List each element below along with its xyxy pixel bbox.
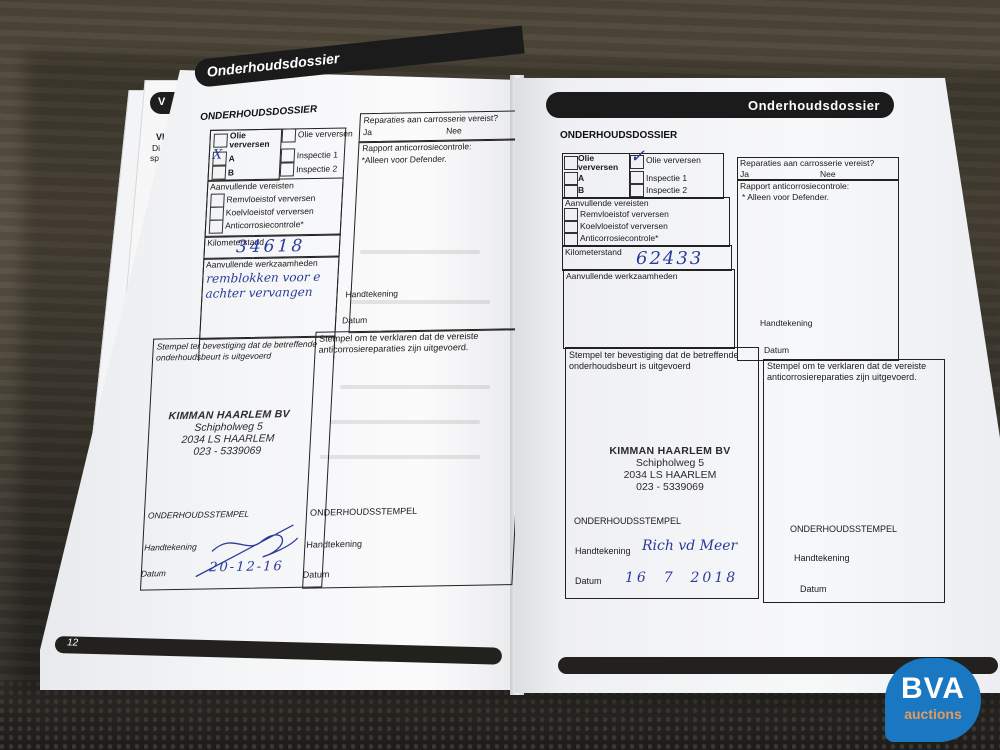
left-signature-label: Handtekening (144, 542, 197, 553)
right-repairs-stamp-box (763, 359, 945, 603)
right-defender-note: * Alleen voor Defender. (742, 192, 829, 202)
right-anticorrosion-label: Anticorrosiecontrole* (580, 233, 658, 243)
left-defender-note: *Alleen voor Defender. (361, 154, 447, 165)
left-inspection-2-label: Inspectie 2 (296, 164, 338, 175)
left-repairs-date-label: Datum (342, 315, 368, 325)
left-oil-col-header: Olie verversen (229, 131, 270, 150)
left-extra-work-handwriting-2: achter vervangen (205, 285, 313, 301)
left-service-stamp-label: ONDERHOUDSSTEMPEL (148, 509, 250, 521)
right-extra-work-box (563, 269, 735, 349)
right-repairs-no[interactable]: Nee (820, 169, 836, 179)
page-number: 12 (67, 637, 78, 648)
left-odometer-value: 34618 (235, 236, 305, 257)
left-repairs-service-stamp-label: ONDERHOUDSSTEMPEL (310, 506, 418, 518)
logo-brand: BVA (885, 672, 981, 706)
right-repairs-date-label-2: Datum (800, 584, 827, 594)
right-oil-row-b: B (578, 185, 584, 195)
right-oil-row-a: A (578, 173, 584, 183)
left-oil-b-checkbox[interactable] (212, 166, 227, 180)
right-olie-verversen-label: Olie verversen (646, 155, 701, 165)
right-repairs-date-label: Datum (764, 345, 789, 355)
right-extra-requirements-label: Aanvullende vereisten (565, 198, 649, 208)
left-repairs-stamp-box (302, 328, 526, 589)
left-dealer-stamp: KIMMAN HAARLEM BV Schipholweg 5 2034 LS … (147, 408, 310, 459)
left-extra-work-handwriting-1: remblokken voor e (206, 270, 321, 286)
dealer-city: 2034 LS HAARLEM (585, 469, 755, 481)
left-repairs-signature-label-2: Handtekening (306, 539, 362, 550)
left-extra-work-label: Aanvullende werkzaamheden (206, 258, 318, 270)
right-olie-verversen-check-mark: ✓ (630, 146, 645, 167)
logo-subtitle: auctions (885, 706, 981, 722)
left-oil-row-b: B (228, 167, 235, 177)
left-date-value: 20-12-16 (209, 559, 284, 575)
left-repairs-no[interactable]: Nee (446, 125, 462, 135)
left-corrosion-report-box (349, 138, 536, 333)
right-brake-fluid-label: Remvloeistof verversen (580, 209, 669, 219)
left-coolant-label: Koelvloeistof verversen (226, 206, 315, 218)
left-repairs-date-label-2: Datum (303, 569, 330, 579)
right-dealer-stamp: KIMMAN HAARLEM BV Schipholweg 5 2034 LS … (585, 445, 755, 493)
right-inspection-2-label: Inspectie 2 (646, 185, 687, 195)
right-signature-value: Rich vd Meer (642, 538, 737, 554)
left-inspection-1-label: Inspectie 1 (297, 150, 339, 161)
right-stamp-confirm-label: Stempel ter bevestiging dat de betreffen… (569, 350, 749, 372)
right-repairs-stamp-label: Stempel om te verklaren dat de vereiste … (767, 361, 939, 383)
right-repairs-yes[interactable]: Ja (740, 169, 749, 179)
left-repairs-stamp-label: Stempel om te verklaren dat de vereiste … (318, 330, 519, 355)
left-inspection-2-checkbox[interactable] (280, 162, 295, 176)
dealer-name: KIMMAN HAARLEM BV (585, 445, 755, 457)
right-page-header-title: Onderhoudsdossier (748, 98, 880, 113)
bva-auctions-logo: BVA auctions (885, 658, 981, 742)
left-date-label: Datum (141, 568, 167, 578)
right-oil-col-header: Olie verversen (578, 154, 618, 172)
right-oil-b-checkbox[interactable] (564, 184, 578, 198)
left-olie-verversen-label: Olie verversen (298, 128, 353, 139)
left-stamp-confirm-label: Stempel ter bevestiging dat de betreffen… (156, 339, 327, 364)
right-repairs-service-stamp-label: ONDERHOUDSSTEMPEL (790, 524, 897, 534)
left-olie-verversen-checkbox[interactable] (282, 128, 297, 142)
left-repairs-signature-label: Handtekening (345, 288, 398, 299)
left-anticorrosion-label: Anticorrosiecontrole* (225, 219, 304, 230)
left-anticorrosion-checkbox[interactable] (209, 220, 224, 234)
right-date-label: Datum (575, 576, 602, 586)
right-oil-checkbox[interactable] (564, 156, 578, 170)
right-inspection-1-label: Inspectie 1 (646, 173, 687, 183)
right-anticorrosion-checkbox[interactable] (564, 232, 578, 246)
right-odometer-value: 62433 (636, 248, 703, 269)
right-page-header-bar: Onderhoudsdossier (546, 92, 894, 118)
left-brake-fluid-label: Remvloeistof verversen (226, 193, 315, 205)
left-inspection-1-checkbox[interactable] (280, 148, 295, 162)
left-repairs-yes[interactable]: Ja (363, 127, 373, 137)
dealer-street: Schipholweg 5 (585, 457, 755, 469)
right-repairs-signature-label-2: Handtekening (794, 553, 850, 563)
right-signature-label: Handtekening (575, 546, 631, 556)
left-corrosion-report-label: Rapport anticorrosiecontrole: (362, 141, 472, 153)
right-date-value: 16 7 2018 (625, 570, 738, 586)
right-inspection-2-checkbox[interactable] (630, 183, 644, 197)
right-corrosion-report-label: Rapport anticorrosiecontrole: (740, 181, 849, 191)
dealer-phone: 023 - 5339069 (585, 481, 755, 493)
right-repairs-signature-label: Handtekening (760, 318, 812, 328)
right-extra-work-label: Aanvullende werkzaamheden (566, 271, 678, 281)
left-oil-a-checked-mark: X (212, 148, 222, 163)
left-oil-row-a: A (228, 153, 235, 163)
right-corrosion-report-box (737, 179, 899, 361)
right-service-stamp-label: ONDERHOUDSSTEMPEL (574, 516, 681, 526)
left-oil-checkbox[interactable] (213, 134, 228, 148)
right-odometer-label: Kilometerstand (565, 247, 622, 257)
right-repairs-question: Reparaties aan carrosserie vereist? (740, 158, 874, 168)
left-extra-requirements-label: Aanvullende vereisten (210, 180, 294, 191)
right-coolant-label: Koelvloeistof verversen (580, 221, 668, 231)
right-page-title: ONDERHOUDSDOSSIER (560, 130, 677, 141)
